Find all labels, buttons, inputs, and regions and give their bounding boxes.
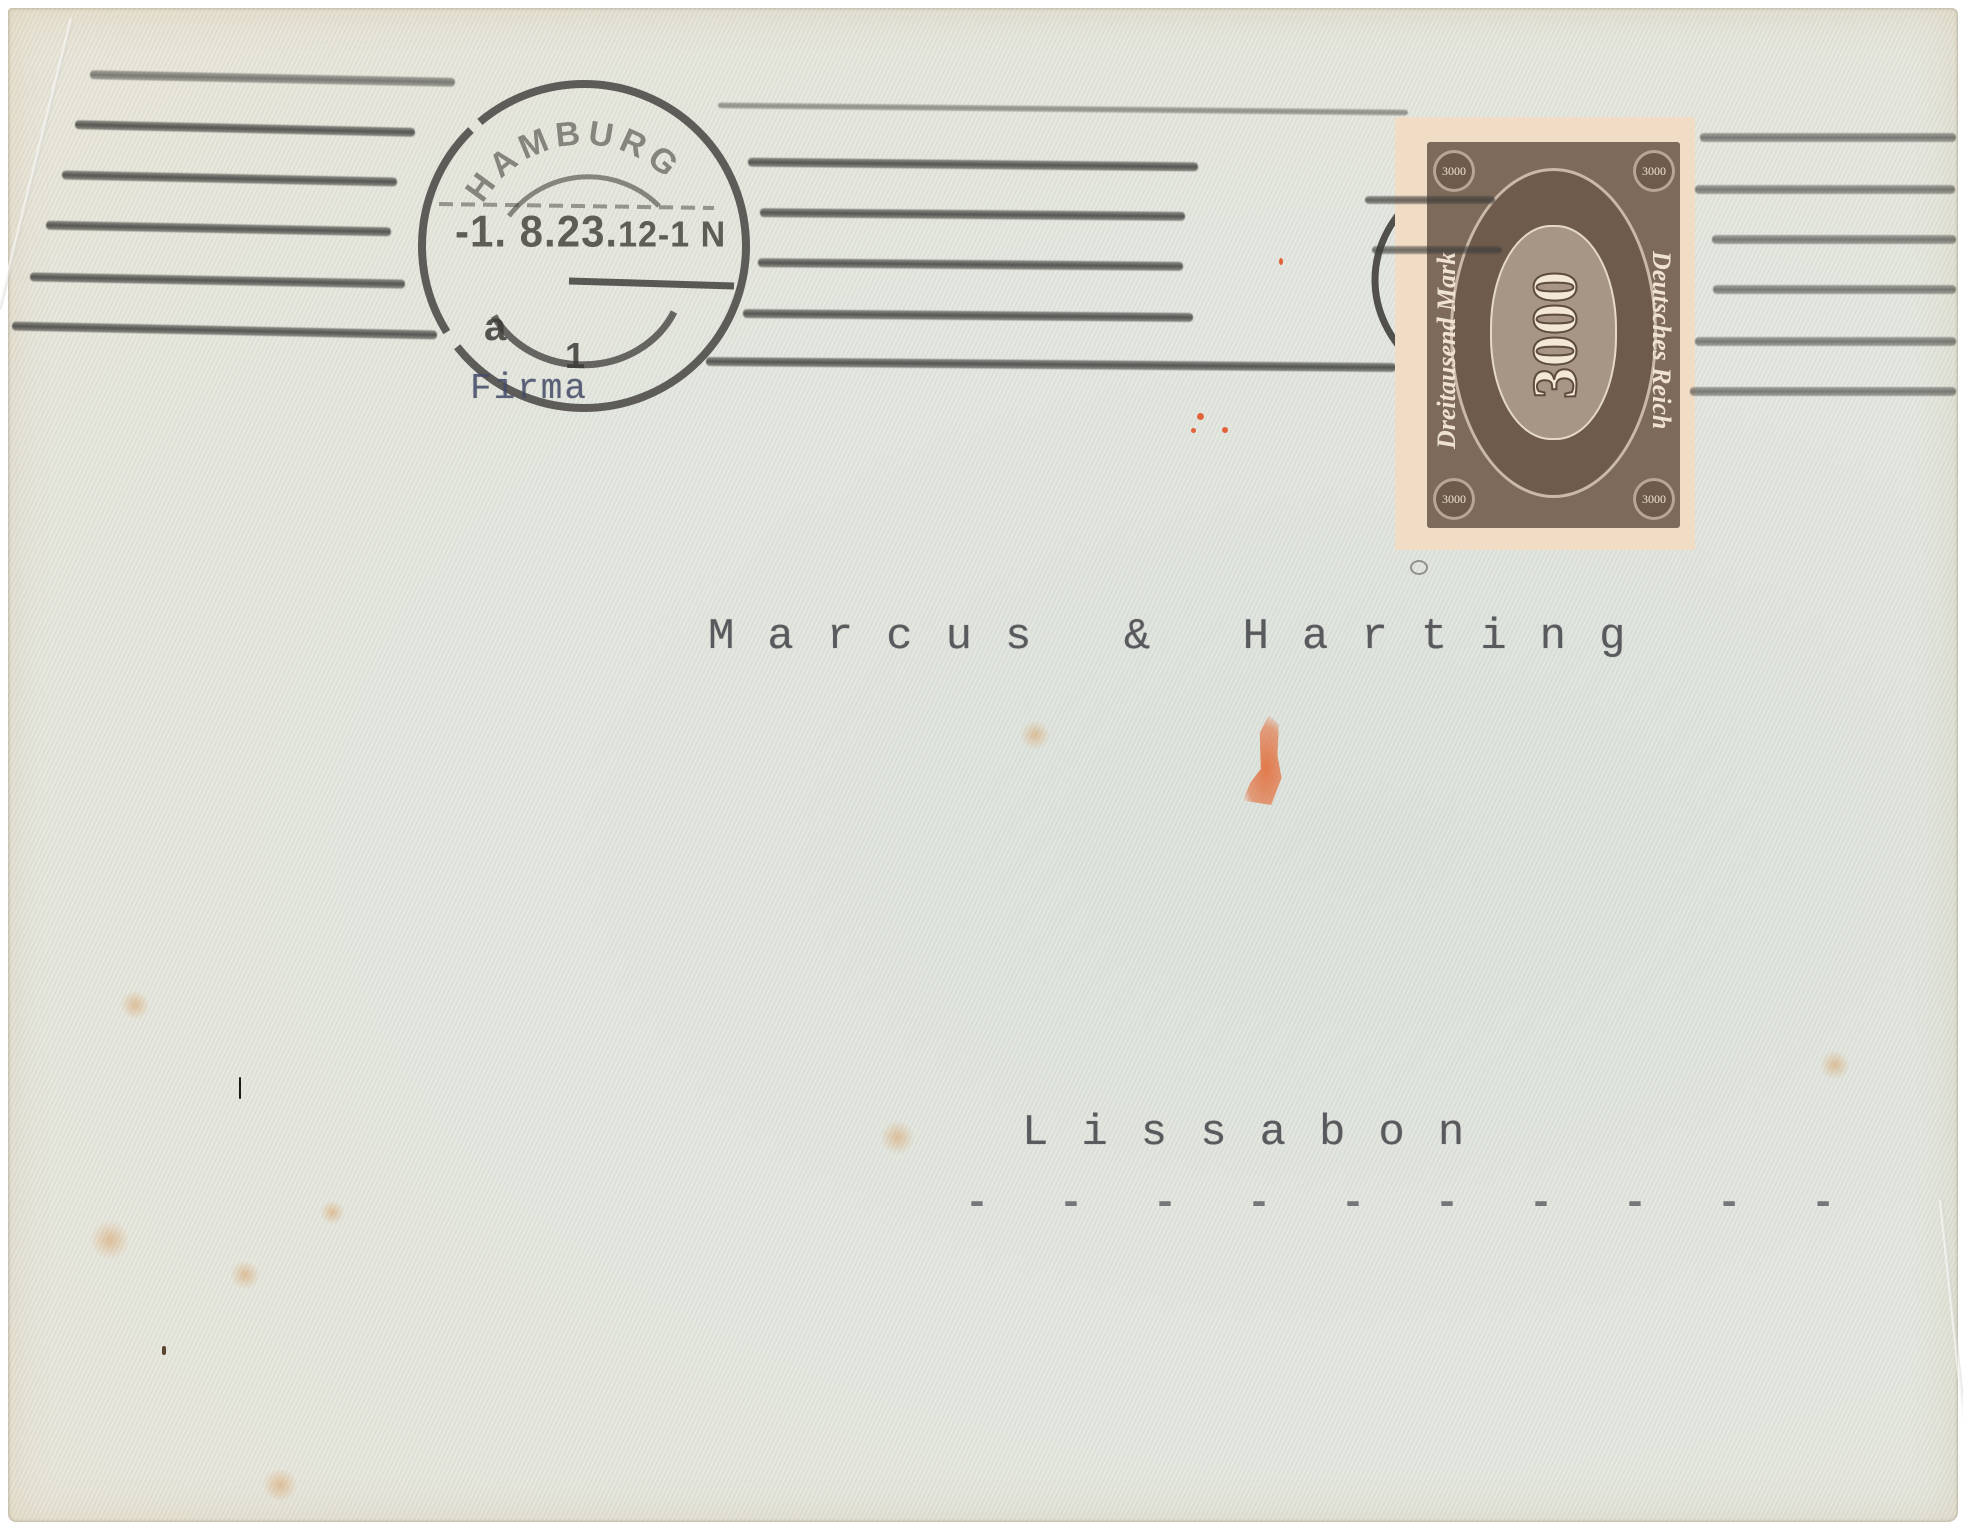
cancel-line [1695,185,1955,194]
foxing-spot [1020,720,1050,750]
cancel-line [1695,337,1956,346]
red-dot [1279,258,1283,265]
stamp-corner-value: 3000 [1433,478,1475,520]
stamp-value-words: Dreitausend Mark [1432,200,1472,500]
city-underline: - - - - - - - - - - [965,1182,1858,1227]
foxing-spot [120,990,150,1020]
postmark-office-letter: a [484,305,506,350]
cancel-line [1690,387,1956,396]
stamp-corner-value: 3000 [1633,150,1675,192]
stamp-country: Deutsches Reich [1636,190,1676,490]
red-dot [1191,428,1196,433]
foxing-spot [90,1220,130,1260]
sender-label: Firma [470,368,588,409]
red-dot [1222,427,1228,433]
svg-text:HAMBURG: HAMBURG [458,114,690,209]
foxing-spot [1820,1050,1850,1080]
cancel-line [1365,196,1495,204]
cancel-line [1712,235,1956,244]
ink-mark [162,1346,166,1355]
cancel-line [1372,246,1502,254]
ink-mark [239,1077,241,1099]
postmark-date: -1. 8.23.12-1 N [455,207,726,257]
cancel-line [1713,285,1956,294]
postmark-time: 12-1 N [618,215,726,255]
red-dot [1197,413,1204,420]
foxing-spot [230,1260,260,1290]
stamp-corner-value: 3000 [1633,478,1675,520]
foxing-spot [320,1200,345,1225]
addressee-name: Marcus & Harting [708,612,1658,662]
stamp-value: 3000 [1500,250,1610,420]
foxing-spot [260,1470,300,1500]
stamp-corner-value: 3000 [1433,150,1475,192]
cancel-line [1700,133,1956,142]
postmark-date-text: -1. 8.23. [455,207,618,256]
paper-hole [1410,560,1428,575]
foxing-spot [880,1120,915,1155]
destination-city: Lissabon [1022,1108,1497,1158]
postmark-city: HAMBURG [458,114,690,209]
